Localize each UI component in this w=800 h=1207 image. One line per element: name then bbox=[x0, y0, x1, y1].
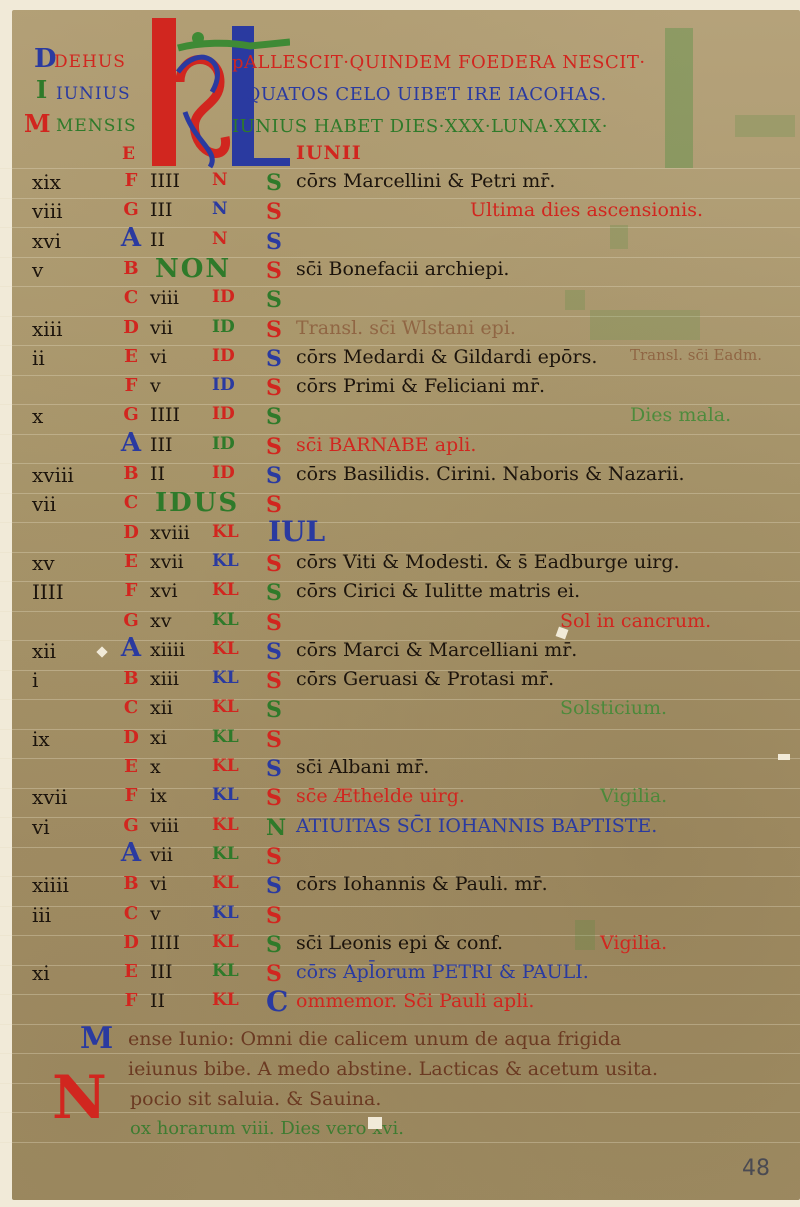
dominical-letter: C bbox=[118, 494, 144, 512]
day-s-marker: S bbox=[266, 670, 282, 692]
golden-number: xviii bbox=[32, 465, 92, 485]
term-abbrev: KL bbox=[212, 670, 239, 687]
day-s-marker: S bbox=[266, 787, 282, 809]
dominical-letter: A bbox=[118, 430, 144, 456]
feast-entry: IUL bbox=[268, 518, 325, 546]
heading-word-text: DEHUS bbox=[54, 52, 126, 72]
feast-entry: sc̄e Æthelde uirg. bbox=[296, 787, 465, 806]
dominical-letter: D bbox=[118, 729, 144, 747]
term-abbrev: KL bbox=[212, 524, 239, 541]
day-count: III bbox=[150, 436, 173, 455]
day-count: vii bbox=[150, 846, 173, 865]
heading-word-iunius: IUNIUS bbox=[56, 86, 131, 103]
ruling-line bbox=[0, 168, 800, 169]
day-count: viii bbox=[150, 817, 179, 836]
day-s-marker: S bbox=[266, 758, 282, 780]
feast-entry: cōrs Cirici & Iulitte matris ei. bbox=[296, 582, 580, 601]
golden-number: xiii bbox=[32, 319, 92, 339]
term-abbrev: KL bbox=[212, 553, 239, 570]
calendar-note: Ultima dies ascensionis. bbox=[470, 201, 703, 220]
term-abbrev: KL bbox=[212, 729, 239, 746]
day-count: II bbox=[150, 992, 165, 1011]
day-count: II bbox=[150, 231, 165, 250]
offset-ghost bbox=[735, 115, 795, 137]
day-s-marker: S bbox=[266, 934, 282, 956]
term-abbrev: N bbox=[212, 231, 228, 248]
term-abbrev: ID bbox=[212, 319, 235, 336]
term-abbrev: KL bbox=[212, 699, 239, 716]
day-s-marker: S bbox=[266, 172, 282, 194]
dominical-letter: D bbox=[118, 524, 144, 542]
day-count: viii bbox=[150, 289, 179, 308]
golden-number: ii bbox=[32, 348, 92, 368]
ruling-line bbox=[0, 1083, 800, 1084]
term-abbrev: KL bbox=[212, 934, 239, 951]
heading-initial-i: I bbox=[36, 78, 47, 102]
day-s-marker: S bbox=[266, 231, 282, 253]
golden-number: iii bbox=[32, 905, 92, 925]
day-count: vi bbox=[150, 875, 167, 894]
feast-entry: sc̄i Albani mr̄. bbox=[296, 758, 429, 777]
dominical-letter: D bbox=[118, 319, 144, 337]
dominical-letter: F bbox=[118, 172, 144, 190]
golden-number: viii bbox=[32, 201, 92, 221]
day-count: xiii bbox=[150, 670, 179, 689]
offset-ghost bbox=[565, 290, 585, 310]
day-s-marker: S bbox=[266, 289, 282, 311]
day-s-marker: S bbox=[266, 612, 282, 634]
term-abbrev: KL bbox=[212, 992, 239, 1009]
term-abbrev: KL bbox=[212, 787, 239, 804]
ruling-line bbox=[0, 286, 800, 287]
day-s-marker: S bbox=[266, 260, 282, 282]
offset-ghost bbox=[575, 920, 595, 950]
feast-entry: ommemor. Sc̄i Pauli apli. bbox=[296, 992, 534, 1011]
dominical-letter: A bbox=[118, 225, 144, 251]
day-s-marker: S bbox=[266, 436, 282, 458]
feast-entry: ATIUITAS SC̄I IOHANNIS BAPTISTE. bbox=[296, 817, 657, 836]
term-abbrev: KL bbox=[212, 875, 239, 892]
day-s-marker: S bbox=[266, 406, 282, 428]
day-count: IIII bbox=[150, 934, 180, 953]
term-abbrev: KL bbox=[212, 905, 239, 922]
term-abbrev: N bbox=[212, 172, 228, 189]
dominical-letter: E bbox=[118, 553, 144, 571]
term-abbrev: ID bbox=[212, 377, 235, 394]
feast-entry: cōrs Geruasi & Protasi mr̄. bbox=[296, 670, 554, 689]
day-s-marker: S bbox=[266, 699, 282, 721]
day-s-marker: S bbox=[266, 465, 282, 487]
day-count: vi bbox=[150, 348, 167, 367]
day-count: xviii bbox=[150, 524, 190, 543]
day-count: IIII bbox=[150, 406, 180, 425]
heading-letter-e: E bbox=[122, 146, 135, 163]
day-count: v bbox=[150, 377, 161, 396]
dominical-letter: A bbox=[118, 840, 144, 866]
verse-line-3: IUNIUS HABET DIES·XXX·LUNA·XXIX· bbox=[232, 118, 608, 136]
feast-entry: cōrs Iohannis & Pauli. mr̄. bbox=[296, 875, 548, 894]
day-count: II bbox=[150, 465, 165, 484]
ruling-line bbox=[0, 1053, 800, 1054]
dominical-letter: G bbox=[118, 612, 144, 630]
feast-entry: cōrs Viti & Modesti. & s̄ Eadburge uirg. bbox=[296, 553, 680, 572]
offset-ghost bbox=[610, 225, 628, 249]
dominical-letter: F bbox=[118, 377, 144, 395]
calendar-note: Dies mala. bbox=[630, 406, 731, 425]
day-count: vii bbox=[150, 319, 173, 338]
day-s-marker: S bbox=[266, 875, 282, 897]
footer-line-3: pocio sit saluia. & Sauina. bbox=[130, 1090, 381, 1109]
day-count: x bbox=[150, 758, 161, 777]
term-abbrev: KL bbox=[212, 817, 239, 834]
feast-entry: sc̄i Bonefacii archiepi. bbox=[296, 260, 509, 279]
day-count: III bbox=[150, 963, 173, 982]
golden-number: xix bbox=[32, 172, 92, 192]
calendar-note: Solsticium. bbox=[560, 699, 667, 718]
golden-number: vii bbox=[32, 494, 92, 514]
day-s-marker: S bbox=[266, 729, 282, 751]
dominical-letter: G bbox=[118, 201, 144, 219]
offset-ghost bbox=[590, 310, 700, 340]
day-s-marker: S bbox=[266, 494, 282, 516]
day-count: III bbox=[150, 201, 173, 220]
verse-line-1: pALLESCIT·QUINDEM FOEDERA NESCIT· bbox=[232, 54, 646, 72]
dominical-letter: B bbox=[118, 670, 144, 688]
term-abbrev: ID bbox=[212, 348, 235, 365]
term-abbrev: N bbox=[212, 201, 228, 218]
ruling-line bbox=[0, 1112, 800, 1113]
day-s-marker: S bbox=[266, 905, 282, 927]
parchment-hole bbox=[368, 1117, 382, 1129]
day-s-marker: S bbox=[266, 348, 282, 370]
feast-entry: cōrs Medardi & Gildardi epōrs. bbox=[296, 348, 597, 367]
dominical-letter: E bbox=[118, 963, 144, 981]
footer-initial-n: N bbox=[52, 1068, 107, 1128]
feast-entry: sc̄i BARNABE apli. bbox=[296, 436, 476, 455]
day-s-marker: S bbox=[266, 963, 282, 985]
day-s-marker: S bbox=[266, 641, 282, 663]
day-count: xi bbox=[150, 729, 167, 748]
footer-line-2: ieiunus bibe. A medo abstine. Lacticas &… bbox=[128, 1060, 658, 1079]
dominical-letter: G bbox=[118, 817, 144, 835]
dominical-letter: F bbox=[118, 992, 144, 1010]
folio-number: 48 bbox=[742, 1158, 770, 1180]
dominical-letter: D bbox=[118, 934, 144, 952]
term-abbrev: KL bbox=[212, 582, 239, 599]
golden-number: xiiii bbox=[32, 875, 92, 895]
day-s-marker: C bbox=[266, 988, 288, 1016]
day-s-marker: N bbox=[266, 817, 286, 839]
golden-number: xi bbox=[32, 963, 92, 983]
feast-entry: cōrs Apl̄orum PETRI & PAULI. bbox=[296, 963, 589, 982]
day-s-marker: S bbox=[266, 846, 282, 868]
footer-initial-m: M bbox=[80, 1024, 113, 1054]
golden-number: xv bbox=[32, 553, 92, 573]
golden-number: vi bbox=[32, 817, 92, 837]
heading-word-dehus: DEHUS bbox=[54, 54, 126, 71]
term-abbrev: KL bbox=[212, 963, 239, 980]
day-count: xiiii bbox=[150, 641, 185, 660]
offset-ghost bbox=[665, 28, 693, 168]
dominical-letter: C bbox=[118, 905, 144, 923]
day-count: xii bbox=[150, 699, 173, 718]
ruling-line bbox=[0, 522, 800, 523]
day-count: IIII bbox=[150, 172, 180, 191]
calendar-note: Vigilia. bbox=[600, 787, 667, 806]
dominical-letter: C bbox=[118, 289, 144, 307]
day-count: xvii bbox=[150, 553, 184, 572]
term-abbrev: ID bbox=[212, 436, 235, 453]
ruling-line bbox=[0, 1024, 800, 1025]
golden-number: i bbox=[32, 670, 92, 690]
dominical-letter: B bbox=[118, 260, 144, 278]
ruling-line bbox=[0, 1142, 800, 1143]
term-abbrev: KL bbox=[212, 846, 239, 863]
month-label: IUNII bbox=[296, 144, 362, 163]
term-abbrev: ID bbox=[212, 406, 235, 423]
feast-entry: cōrs Basilidis. Cirini. Naboris & Nazari… bbox=[296, 465, 684, 484]
dominical-letter: B bbox=[118, 465, 144, 483]
term-abbrev: KL bbox=[212, 612, 239, 629]
term-abbrev: ID bbox=[212, 289, 235, 306]
term-abbrev: KL bbox=[212, 758, 239, 775]
day-count: ix bbox=[150, 787, 167, 806]
day-s-marker: S bbox=[266, 377, 282, 399]
dominical-letter: F bbox=[118, 582, 144, 600]
day-count: NON bbox=[155, 256, 231, 282]
dominical-letter: E bbox=[118, 348, 144, 366]
feast-entry: cōrs Marci & Marcelliani mr̄. bbox=[296, 641, 577, 660]
day-count: v bbox=[150, 905, 161, 924]
term-abbrev: KL bbox=[212, 641, 239, 658]
day-count: IDUS bbox=[155, 490, 239, 516]
golden-number: xvii bbox=[32, 787, 92, 807]
dominical-letter: A bbox=[118, 635, 144, 661]
feast-entry: sc̄i Leonis epi & conf. bbox=[296, 934, 503, 953]
golden-number: xii bbox=[32, 641, 92, 661]
day-s-marker: S bbox=[266, 553, 282, 575]
calendar-note: Sol in cancrum. bbox=[560, 612, 711, 631]
heading-word-mensis: MENSIS bbox=[56, 118, 137, 135]
verse-line-2: EQUATOS CELO UIBET IRE IACOHAS. bbox=[232, 86, 607, 104]
term-abbrev: ID bbox=[212, 465, 235, 482]
dominical-letter: B bbox=[118, 875, 144, 893]
dominical-letter: G bbox=[118, 406, 144, 424]
feast-entry: cōrs Primi & Feliciani mr̄. bbox=[296, 377, 545, 396]
golden-number: IIII bbox=[32, 582, 92, 602]
calendar-note: Transl. sc̄i Eadm. bbox=[630, 348, 762, 363]
dominical-letter: C bbox=[118, 699, 144, 717]
golden-number: xvi bbox=[32, 231, 92, 251]
calendar-note: Vigilia. bbox=[600, 934, 667, 953]
feast-entry: Transl. sc̄i Wlstani epi. bbox=[296, 319, 516, 338]
golden-number: v bbox=[32, 260, 92, 280]
parchment-hole bbox=[778, 754, 790, 760]
heading-initial-m: M bbox=[24, 112, 51, 136]
feast-entry: cōrs Marcellini & Petri mr̄. bbox=[296, 172, 555, 191]
day-s-marker: S bbox=[266, 201, 282, 223]
dominical-letter: F bbox=[118, 787, 144, 805]
day-s-marker: S bbox=[266, 582, 282, 604]
dominical-letter: E bbox=[118, 758, 144, 776]
day-count: xvi bbox=[150, 582, 178, 601]
golden-number: ix bbox=[32, 729, 92, 749]
day-count: xv bbox=[150, 612, 171, 631]
footer-line-4: ox horarum viii. Dies vero xvi. bbox=[130, 1120, 404, 1138]
day-s-marker: S bbox=[266, 319, 282, 341]
footer-line-1: ense Iunio: Omni die calicem unum de aqu… bbox=[128, 1030, 621, 1049]
golden-number: x bbox=[32, 406, 92, 426]
